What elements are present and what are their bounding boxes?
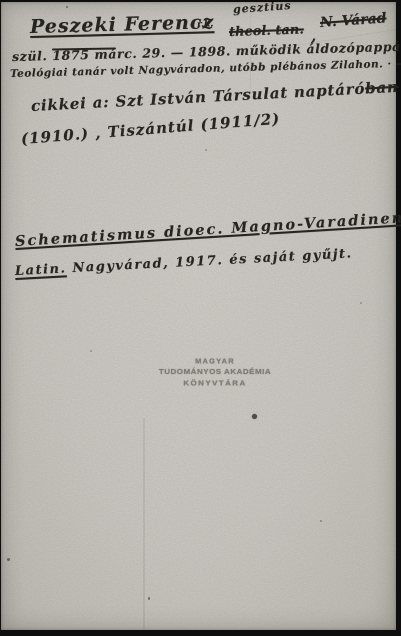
paper-speck xyxy=(90,350,92,352)
paper-speck xyxy=(66,6,68,8)
stamp-line3: KÖNYVTÁRA xyxy=(148,378,282,390)
handwritten-superscript: r.k. xyxy=(197,19,214,30)
paper-speck xyxy=(320,520,322,522)
scanned-document: Peszeki Ferencz r.k. gesztius theol. tan… xyxy=(0,0,401,636)
ink-dot-blemish xyxy=(252,414,257,419)
paper-speck xyxy=(7,558,10,561)
paper-speck xyxy=(205,149,207,151)
paper-speck xyxy=(148,597,150,600)
paper-speck xyxy=(360,302,362,304)
source-line2-underlined: Latin. xyxy=(15,261,67,279)
stamp-line2: TUDOMÁNYOS AKADÉMIA xyxy=(148,366,282,378)
handwritten-struck-title: theol. tan. xyxy=(229,22,304,40)
stamp-line1: MAGYAR xyxy=(148,356,282,367)
library-stamp: MAGYAR TUDOMÁNYOS AKADÉMIA KÖNYVTÁRA xyxy=(148,356,282,390)
works-line-struck-ending: ban xyxy=(365,78,399,98)
